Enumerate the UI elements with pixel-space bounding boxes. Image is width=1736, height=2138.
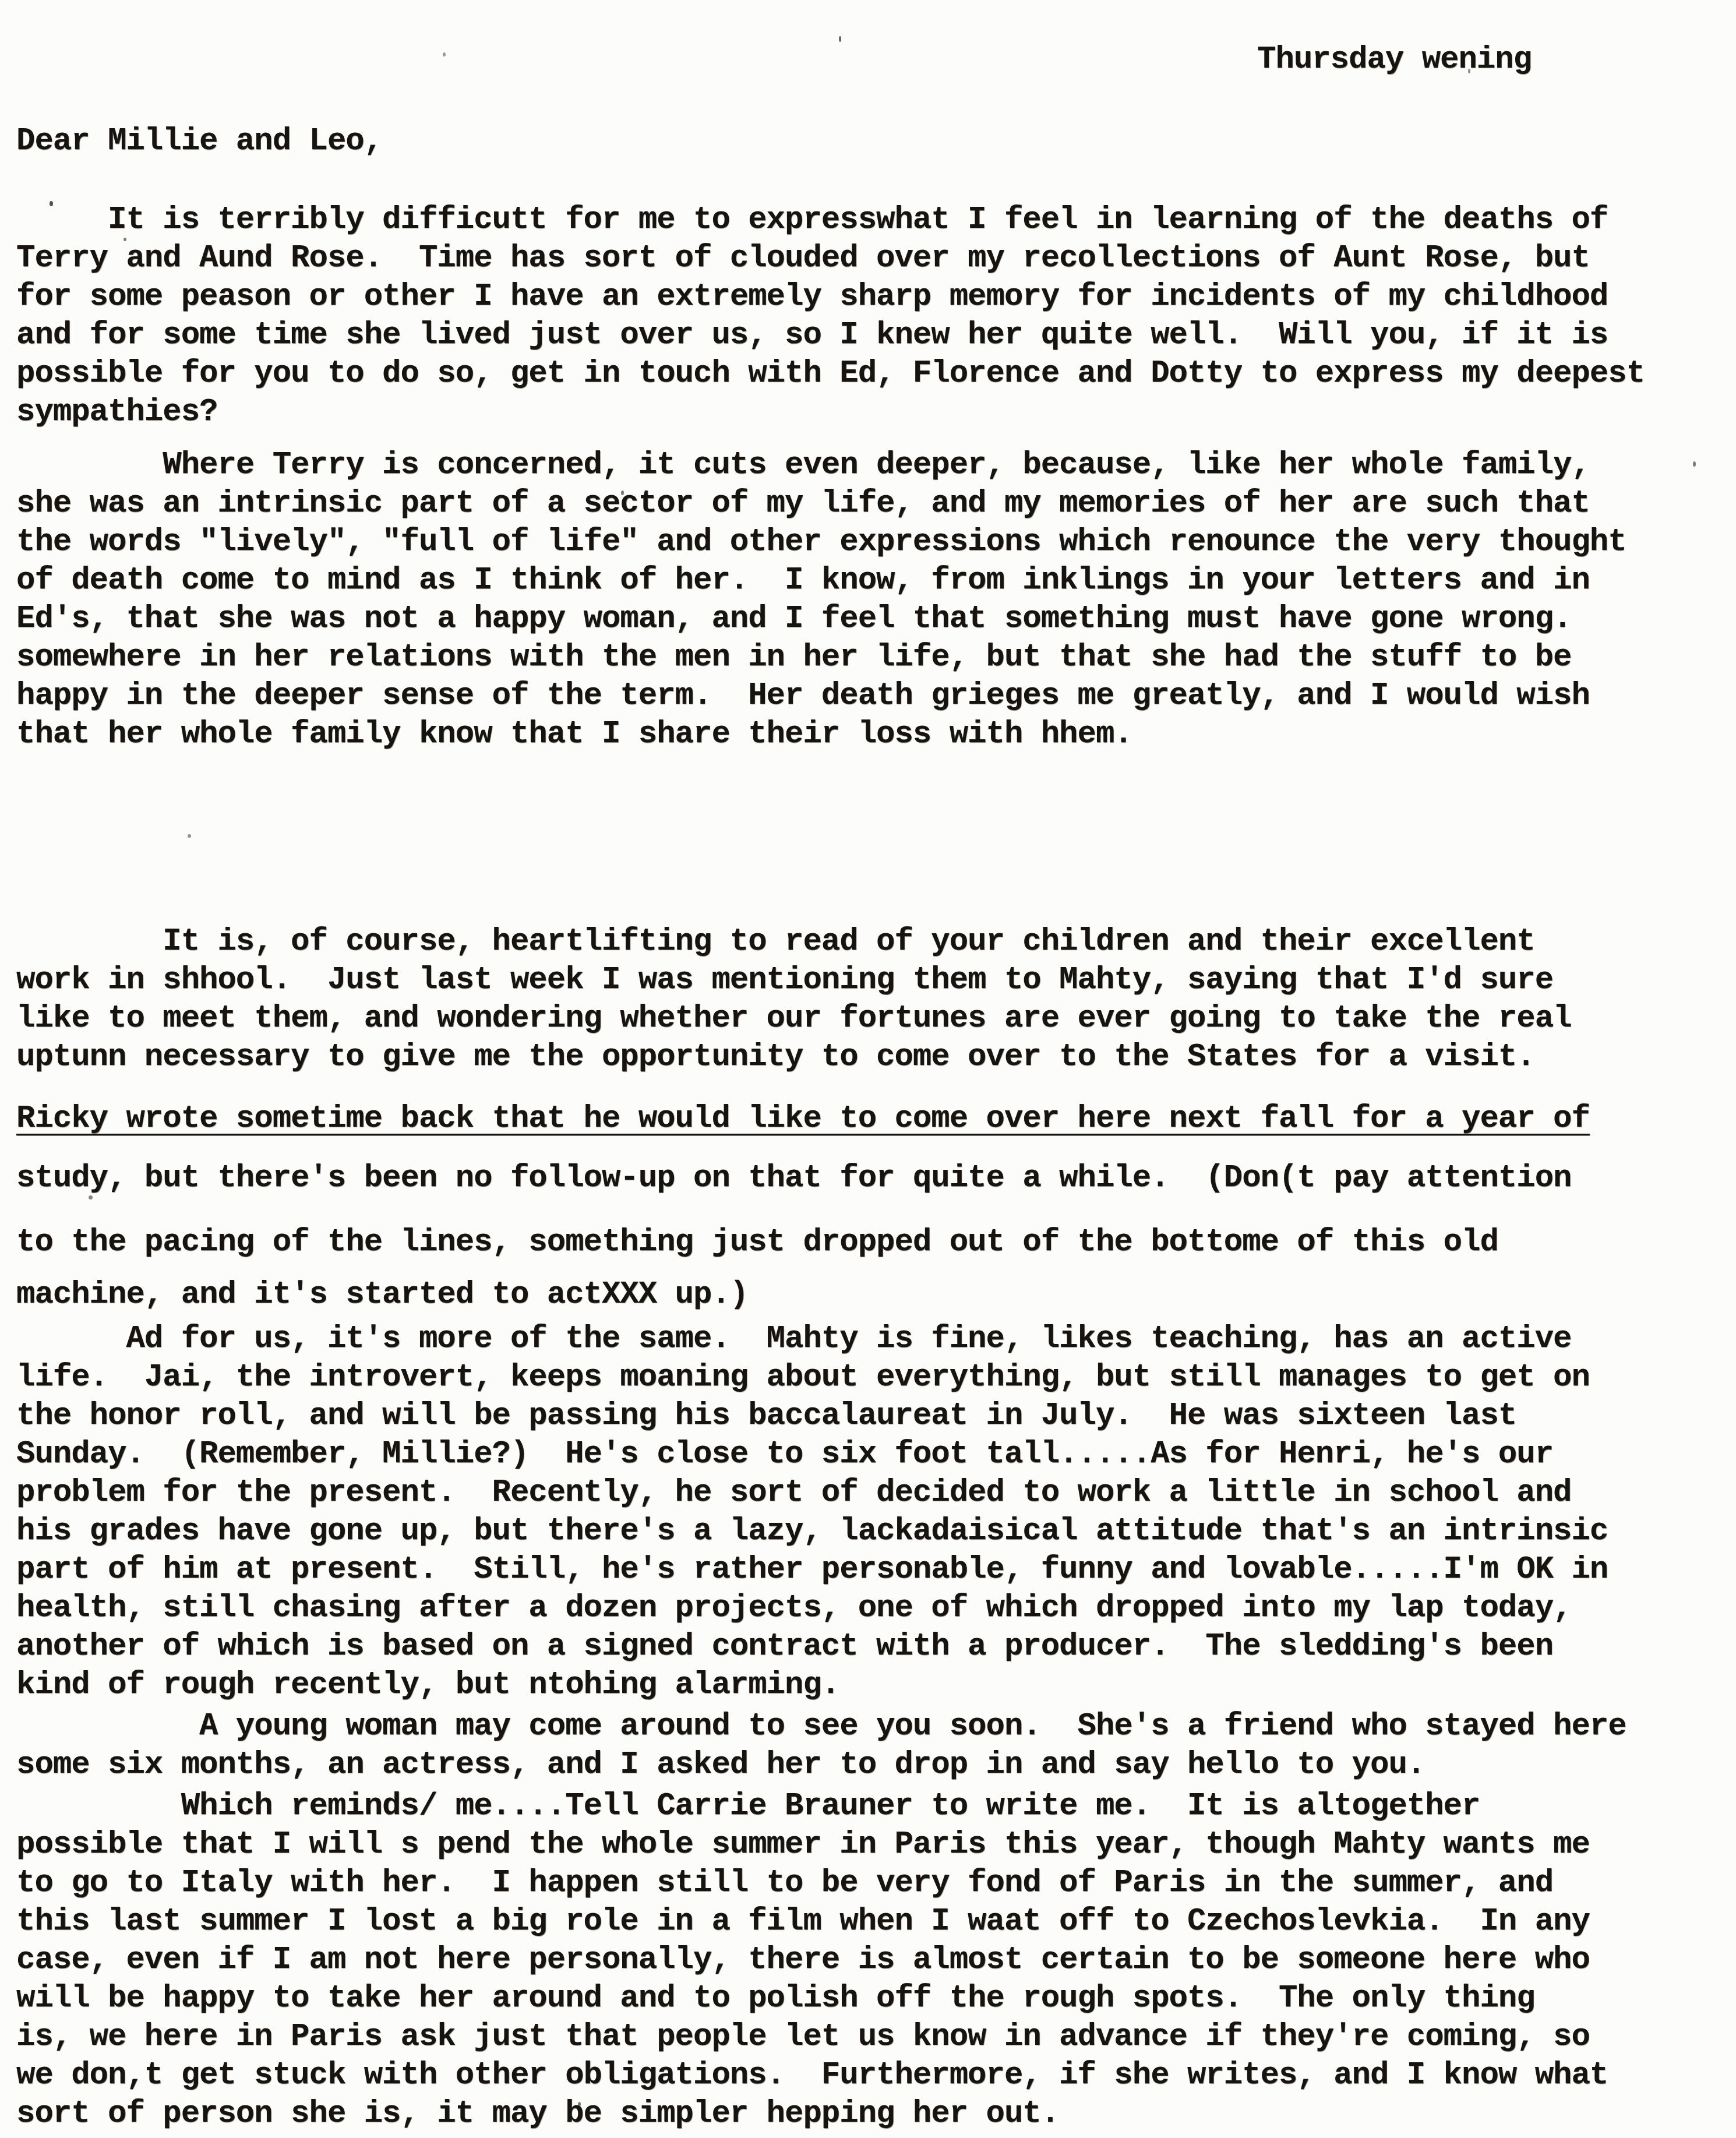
letter-line: Terry and Aund Rose. Time has sort of cl…: [16, 239, 1730, 278]
salutation: Dear Millie and Leo,: [16, 122, 1730, 161]
letter-line: sort of person she is, it may be simpler…: [16, 2095, 1730, 2133]
letter-line: Where Terry is concerned, it cuts even d…: [16, 446, 1730, 485]
paragraph-terry: Where Terry is concerned, it cuts even d…: [16, 446, 1730, 754]
paragraph-children-visit: It is, of course, heartlifting to read o…: [16, 923, 1730, 1314]
letter-line: health, still chasing after a dozen proj…: [16, 1589, 1730, 1628]
letter-line: sympathies?: [16, 393, 1730, 432]
letter-line: for some peason or other I have an extre…: [16, 278, 1730, 316]
scan-speck: [124, 238, 126, 241]
letter-line: study, but there's been no follow-up on …: [16, 1159, 1730, 1198]
paragraph-family-news: Ad for us, it's more of the same. Mahty …: [16, 1320, 1730, 1705]
letter-line: problem for the present. Recently, he so…: [16, 1474, 1730, 1512]
letter-line: to the pacing of the lines, something ju…: [16, 1223, 1730, 1262]
scan-speck: [1468, 69, 1470, 73]
letter-line: his grades have gone up, but there's a l…: [16, 1512, 1730, 1551]
date-line: Thursday wening: [1257, 41, 1730, 79]
letter-line: part of him at present. Still, he's rath…: [16, 1551, 1730, 1589]
scan-speck: [839, 36, 841, 42]
letter-line: and for some time she lived just over us…: [16, 316, 1730, 355]
scan-speck: [578, 2102, 581, 2107]
letter-line: Ed's, that she was not a happy woman, an…: [16, 600, 1730, 638]
letter-line: case, even if I am not here personally, …: [16, 1941, 1730, 1980]
letter-line: of death come to mind as I think of her.…: [16, 562, 1730, 600]
letter-line: kind of rough recently, but ntohing alar…: [16, 1666, 1730, 1705]
letter-line: we don,t get stuck with other obligation…: [16, 2056, 1730, 2095]
letter-line: will be happy to take her around and to …: [16, 1980, 1730, 2018]
letter-line: to go to Italy with her. I happen still …: [16, 1864, 1730, 1903]
scan-speck: [390, 333, 393, 336]
scan-speck: [621, 491, 624, 495]
scan-speck: [443, 52, 446, 57]
letter-line: Which reminds/ me....Tell Carrie Brauner…: [16, 1787, 1730, 1826]
letter-line: possible that I will s pend the whole su…: [16, 1826, 1730, 1864]
letter-line: this last summer I lost a big role in a …: [16, 1903, 1730, 1941]
paragraph-young-woman: A young woman may come around to see you…: [16, 1707, 1730, 1784]
scan-speck: [188, 834, 191, 838]
letter-line: possible for you to do so, get in touch …: [16, 355, 1730, 393]
scan-speck: [1194, 655, 1197, 659]
scan-speck: [373, 933, 376, 937]
scan-speck: [1693, 461, 1696, 467]
scan-speck: [89, 1195, 93, 1199]
letter-line: A young woman may come around to see you…: [16, 1707, 1730, 1746]
paragraph-carrie-brauner-paris: Which reminds/ me....Tell Carrie Brauner…: [16, 1787, 1730, 2133]
scan-speck: [305, 1446, 308, 1449]
letter-line: she was an intrinsic part of a sector of…: [16, 485, 1730, 523]
letter-line: work in shhool. Just last week I was men…: [16, 961, 1730, 1000]
letter-body: Thursday wening Dear Millie and Leo, It …: [0, 0, 1736, 2133]
letter-line: It is terribly difficutt for me to expre…: [16, 201, 1730, 239]
letter-line: machine, and it's started to actXXX up.): [16, 1276, 1730, 1314]
letter-line: the words "lively", "full of life" and o…: [16, 523, 1730, 562]
letter-line: somewhere in her relations with the men …: [16, 638, 1730, 677]
letter-line: Ricky wrote sometime back that he would …: [16, 1100, 1730, 1138]
letter-line: the honor roll, and will be passing his …: [16, 1397, 1730, 1435]
letter-line: uptunn necessary to give me the opportun…: [16, 1038, 1730, 1077]
letter-line: It is, of course, heartlifting to read o…: [16, 923, 1730, 961]
letter-line: Ad for us, it's more of the same. Mahty …: [16, 1320, 1730, 1359]
letter-line: like to meet them, and wondering whether…: [16, 1000, 1730, 1038]
letter-line: life. Jai, the introvert, keeps moaning …: [16, 1359, 1730, 1397]
letter-line: some six months, an actress, and I asked…: [16, 1746, 1730, 1784]
letter-page: Thursday wening Dear Millie and Leo, It …: [0, 0, 1736, 2138]
letter-line: Sunday. (Remember, Millie?) He's close t…: [16, 1435, 1730, 1474]
scan-speck: [50, 201, 53, 206]
letter-line: happy in the deeper sense of the term. H…: [16, 677, 1730, 715]
letter-line: that her whole family know that I share …: [16, 715, 1730, 754]
paragraph-condolence-aunt-rose: It is terribly difficutt for me to expre…: [16, 201, 1730, 432]
letter-line: is, we here in Paris ask just that peopl…: [16, 2018, 1730, 2056]
letter-line: another of which is based on a signed co…: [16, 1628, 1730, 1666]
